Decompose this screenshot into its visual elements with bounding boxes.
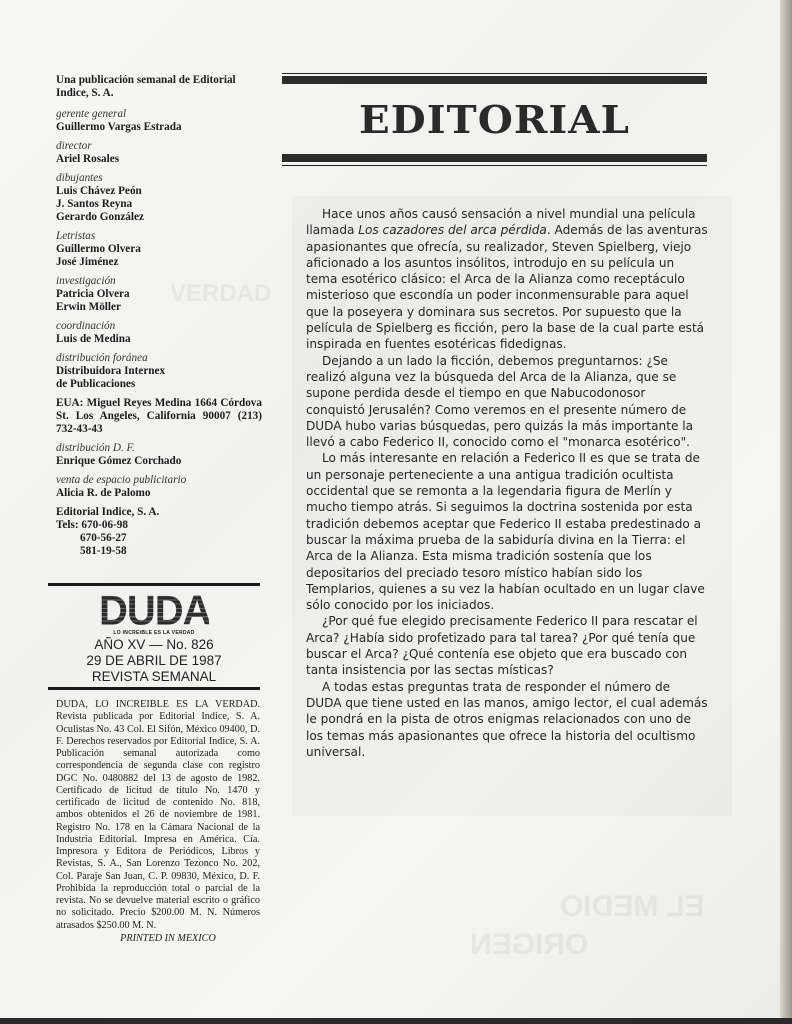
divider: [48, 687, 260, 690]
credit-block: investigación Patricia Olvera Erwin Möll…: [56, 275, 262, 314]
paragraph: Dejando a un lado la ficción, debemos pr…: [306, 353, 708, 451]
editorial-title: EDITORIAL: [269, 98, 720, 142]
credit-name: Enrique Gómez Corchado: [56, 455, 262, 468]
issue-number: AÑO XV — No. 826: [48, 637, 260, 652]
credit-block: dibujantes Luis Chávez Peón J. Santos Re…: [56, 172, 262, 224]
credit-name: José Jiménez: [56, 256, 262, 269]
credit-block: distribución D. F. Enrique Gómez Corchad…: [56, 442, 262, 468]
credit-name: Distribuidora Internex: [56, 365, 262, 378]
issue-date: 29 DE ABRIL DE 1987: [48, 653, 260, 668]
editorial-body: Hace unos años causó sensación a nivel m…: [306, 206, 708, 760]
paragraph: ¿Por qué fue elegido precisamente Federi…: [306, 613, 708, 678]
credit-name: Luis Chávez Peón: [56, 185, 262, 198]
magazine-logo-box: DUDA LO INCREIBLE ES LA VERDAD AÑO XV — …: [48, 583, 260, 695]
masthead-credits: Una publicación semanal de Editorial Ind…: [56, 74, 262, 558]
phone-line: 581-19-58: [56, 545, 262, 558]
duda-logo: DUDA: [99, 592, 209, 630]
show-through-text: ORIGEN: [470, 928, 588, 962]
legal-notice: DUDA, LO INCREIBLE ES LA VERDAD. Revista…: [56, 699, 260, 945]
credit-block: director Ariel Rosales: [56, 140, 262, 166]
phone-line: 670-56-27: [56, 532, 262, 545]
phone-line: Tels: 670-06-98: [56, 519, 262, 532]
credit-role: director: [56, 140, 262, 153]
credit-block: distribución foránea Distribuidora Inter…: [56, 352, 262, 391]
magazine-page: VERDAD EL MEDIO ORIGEN Una publicación s…: [0, 0, 780, 1018]
credit-role: dibujantes: [56, 172, 262, 185]
credit-name: Guillermo Vargas Estrada: [56, 121, 262, 134]
credit-block: gerente general Guillermo Vargas Estrada: [56, 108, 262, 134]
credit-block: venta de espacio publicitario Alicia R. …: [56, 474, 262, 500]
credit-name: Ariel Rosales: [56, 153, 262, 166]
page-edge: [0, 1018, 792, 1024]
credit-role: distribución D. F.: [56, 442, 262, 455]
show-through-text: EL MEDIO: [560, 890, 704, 924]
paragraph: Hace unos años causó sensación a nivel m…: [306, 206, 708, 353]
credit-name: J. Santos Reyna: [56, 198, 262, 211]
legal-text: DUDA, LO INCREIBLE ES LA VERDAD. Revista…: [56, 699, 260, 932]
credit-block: coordinación Luis de Medina: [56, 320, 262, 346]
credit-block: Letristas Guillermo Olvera José Jiménez: [56, 230, 262, 269]
credit-name: Patricia Olvera: [56, 288, 262, 301]
credit-name: Luis de Medina: [56, 333, 262, 346]
credit-role: investigación: [56, 275, 262, 288]
credit-name: Alicia R. de Palomo: [56, 487, 262, 500]
divider: [282, 165, 707, 166]
paragraph: Lo más interesante en relación a Federic…: [306, 450, 708, 613]
divider: [282, 154, 707, 162]
credit-name: Erwin Möller: [56, 301, 262, 314]
paragraph: A todas estas preguntas trata de respond…: [306, 679, 708, 760]
credit-role: coordinación: [56, 320, 262, 333]
credit-name: de Publicaciones: [56, 378, 262, 391]
publication-intro: Una publicación semanal de Editorial Ind…: [56, 74, 262, 100]
credit-name: Gerardo González: [56, 211, 262, 224]
credit-role: venta de espacio publicitario: [56, 474, 262, 487]
divider: [282, 73, 707, 74]
divider: [48, 583, 260, 586]
editorial-header: EDITORIAL: [282, 73, 707, 166]
page-edge: [780, 0, 792, 1024]
credit-role: Letristas: [56, 230, 262, 243]
credit-role: gerente general: [56, 108, 262, 121]
credit-name: Guillermo Olvera: [56, 243, 262, 256]
film-title: Los cazadores del arca pérdida: [358, 223, 547, 237]
publisher-name: Editorial Indice, S. A.: [56, 506, 262, 519]
credit-role: distribución foránea: [56, 352, 262, 365]
printed-in-label: PRINTED IN MEXICO: [56, 933, 260, 945]
text-run: . Además de las aventuras apasionantes q…: [306, 223, 708, 351]
us-distribution-address: EUA: Miguel Reyes Medina 1664 Córdova St…: [56, 397, 262, 436]
publication-type: REVISTA SEMANAL: [48, 669, 260, 684]
publisher-contact: Editorial Indice, S. A. Tels: 670-06-98 …: [56, 506, 262, 558]
divider: [282, 76, 707, 84]
